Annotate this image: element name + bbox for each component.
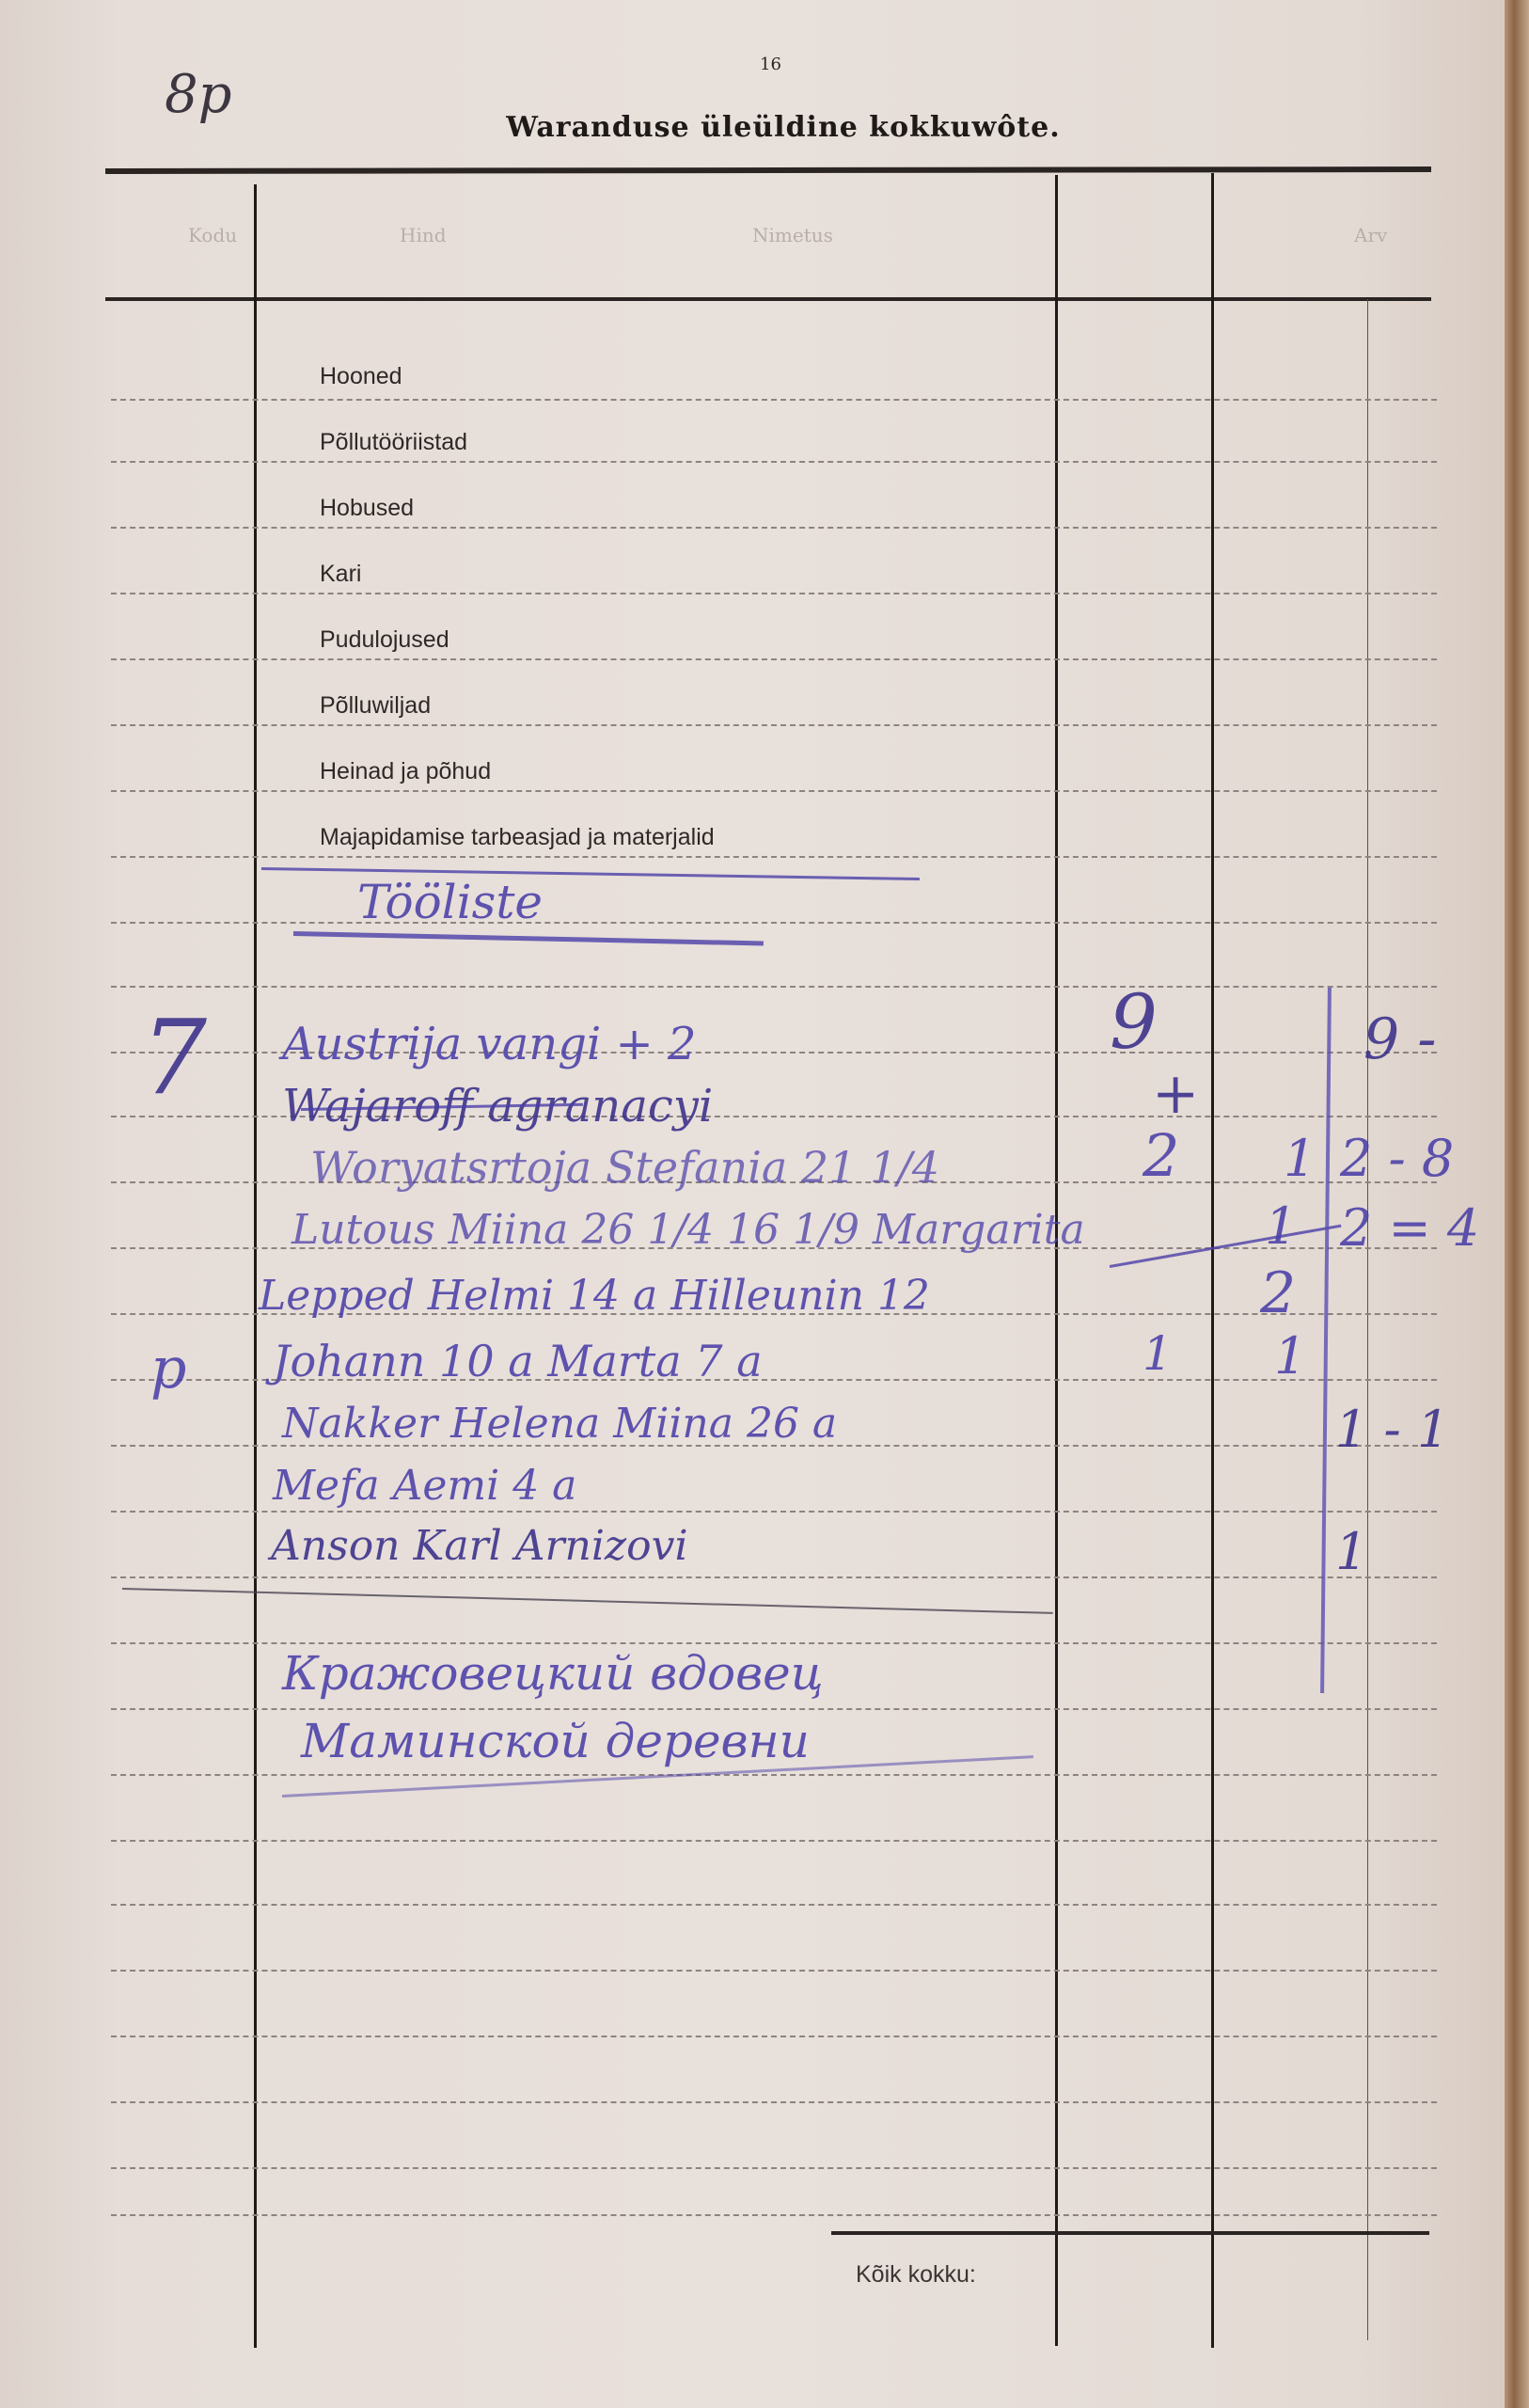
ghost-header-arv: Arv <box>1354 224 1387 246</box>
handwritten-line: Маминской деревни <box>301 1714 810 1768</box>
col1-value: + <box>1152 1061 1199 1127</box>
col2-value: 1 <box>1274 1326 1306 1386</box>
column-divider-1 <box>254 184 257 2348</box>
row-line <box>111 986 1437 988</box>
col2-value: 1 <box>1265 1196 1297 1256</box>
row-line <box>111 790 1437 792</box>
header-bottom-rule <box>105 297 1431 301</box>
handwritten-line: Johann 10 a Marta 7 a <box>273 1336 763 1386</box>
column-divider-3 <box>1211 173 1214 2348</box>
row-line <box>111 593 1437 594</box>
handwritten-line: Кражовецкий вдовец <box>282 1646 824 1701</box>
page-title: Waranduse üleüldine kokkuwôte. <box>0 111 1529 144</box>
pen-vertical-line <box>1320 988 1332 1693</box>
handwritten-line: Woryatsrtoja Stefania 21 1/4 <box>310 1142 939 1193</box>
row-line <box>111 2036 1437 2037</box>
row-line <box>111 1904 1437 1906</box>
row-line <box>111 2167 1437 2169</box>
col2-value: 2 <box>1260 1260 1296 1326</box>
row-line <box>111 2101 1437 2103</box>
category-label: Kari <box>320 561 361 588</box>
row-line <box>111 1576 1437 1578</box>
col3-value: 9 - <box>1363 1006 1437 1072</box>
row-line <box>111 856 1437 858</box>
row-line <box>111 399 1437 401</box>
handwritten-line: Mefa Aemi 4 a <box>273 1462 576 1510</box>
col1-value: 1 <box>1143 1326 1173 1381</box>
ghost-header-kodu: Kodu <box>188 224 237 246</box>
col3-value: 1 <box>1335 1522 1367 1581</box>
pen-divider-line <box>122 1588 1053 1614</box>
category-label: Pudulojused <box>320 626 449 654</box>
totals-rule <box>831 2231 1429 2235</box>
row-line <box>111 1840 1437 1842</box>
ghost-header-nimetus: Nimetus <box>752 224 833 246</box>
col3-value: 2 - 8 <box>1340 1129 1454 1188</box>
category-label: Põllutööriistad <box>320 429 467 456</box>
page-number: 16 <box>760 55 781 74</box>
column-divider-2 <box>1055 175 1058 2346</box>
ghost-header-hind: Hind <box>400 224 447 246</box>
row-line <box>111 461 1437 463</box>
handwritten-line: Nakker Helena Miina 26 a <box>282 1400 837 1448</box>
handwritten-margin-mark: p <box>150 1336 186 1402</box>
column-divider-4 <box>1367 299 1368 2340</box>
handwritten-line: Anson Karl Arnizovi <box>271 1522 688 1570</box>
handwritten-line: Lepped Helmi 14 a Hilleunin 12 <box>259 1272 930 1320</box>
col2-value: 1 <box>1284 1129 1316 1188</box>
category-label: Hooned <box>320 363 402 390</box>
category-label: Hobused <box>320 495 414 522</box>
pen-underline <box>293 931 764 945</box>
pen-strikethrough <box>1110 1225 1342 1268</box>
ledger-page: 8p 16 Waranduse üleüldine kokkuwôte. Kod… <box>0 0 1505 2408</box>
handwritten-section-heading: Tööliste <box>357 875 543 929</box>
handwritten-line: Lutous Miina 26 1/4 16 1/9 Margarita <box>292 1206 1085 1254</box>
row-line <box>111 2214 1437 2216</box>
book-spine-edge <box>1505 0 1529 2408</box>
row-line <box>111 922 1437 924</box>
totals-label: Kõik kokku: <box>856 2261 976 2289</box>
category-label: Põlluwiljad <box>320 692 431 720</box>
col3-value: 1 - 1 <box>1335 1400 1449 1459</box>
col1-value: 9 <box>1110 978 1158 1066</box>
row-line <box>111 1642 1437 1644</box>
row-line <box>111 1970 1437 1972</box>
category-label: Heinad ja põhud <box>320 758 491 785</box>
col1-value: 2 <box>1143 1121 1179 1190</box>
category-label: Majapidamise tarbeasjad ja materjalid <box>320 824 715 851</box>
row-line <box>111 1511 1437 1513</box>
col3-value: 2 = 4 <box>1340 1198 1479 1258</box>
header-top-rule <box>105 166 1431 174</box>
row-line <box>111 658 1437 660</box>
handwritten-margin-number: 7 <box>141 997 207 1117</box>
row-line <box>111 527 1437 529</box>
handwritten-line: Austrija vangi + 2 <box>282 1018 697 1070</box>
row-line <box>111 1708 1437 1710</box>
row-line <box>111 1774 1437 1776</box>
row-line <box>111 724 1437 726</box>
